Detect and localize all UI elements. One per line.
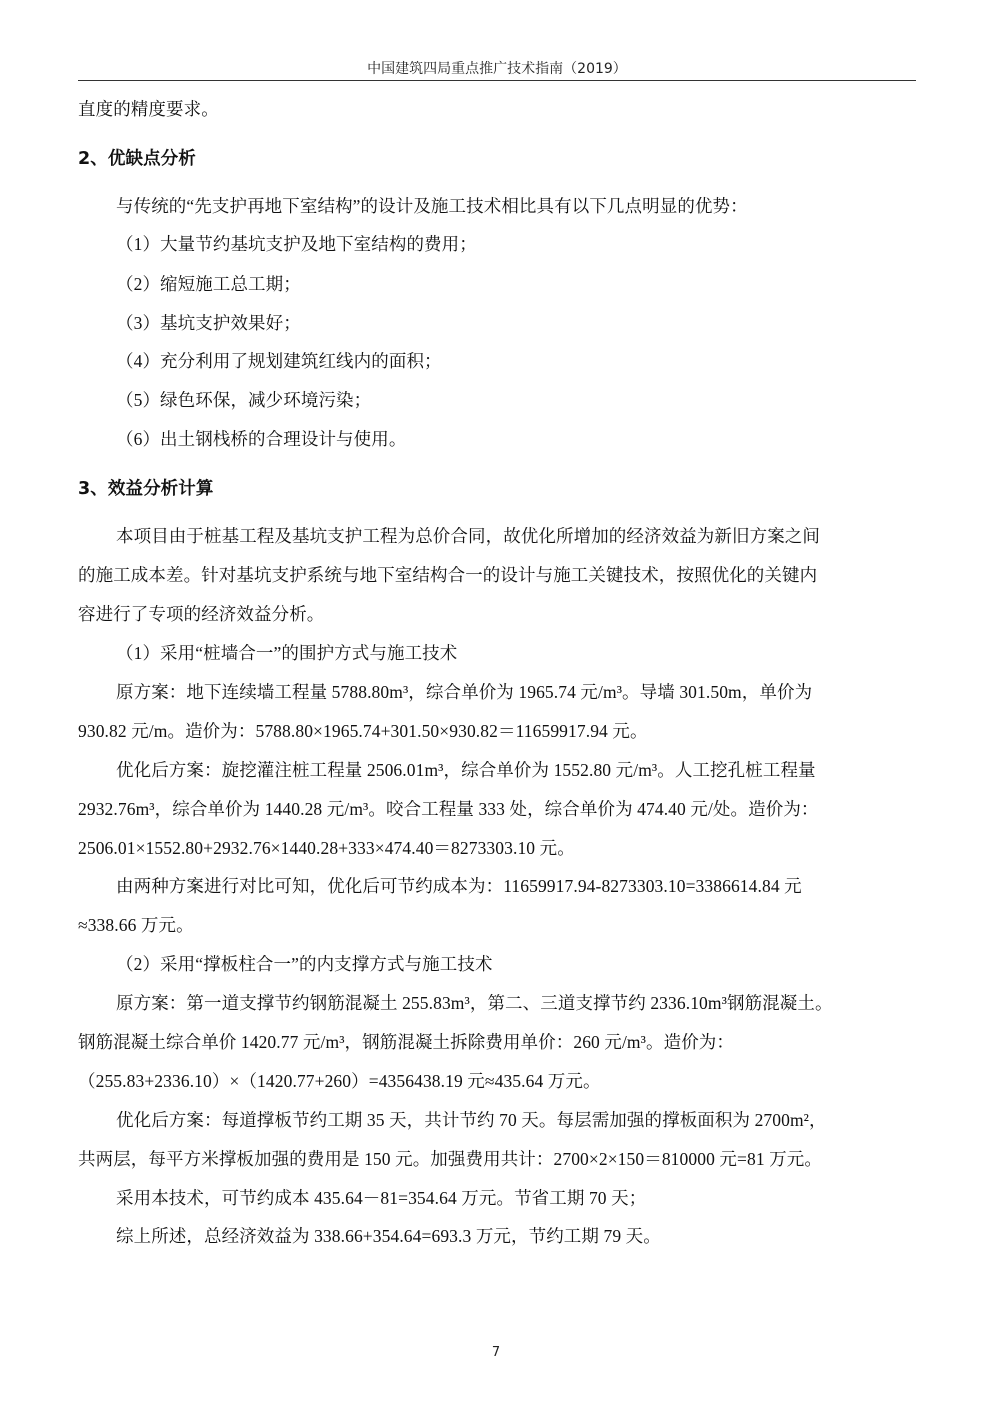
section-heading-benefit-analysis: 3、效益分析计算 bbox=[78, 475, 918, 500]
list-item: （1）大量节约基坑支护及地下室结构的费用； bbox=[116, 231, 956, 256]
paragraph-line: 原方案：第一道支撑节约钢筋混凝土 255.83m³，第二、三道支撑节约 2336… bbox=[116, 990, 956, 1015]
paragraph-line: （255.83+2336.10）×（1420.77+260）=4356438.1… bbox=[78, 1068, 918, 1093]
list-item: （4）充分利用了规划建筑红线内的面积； bbox=[116, 348, 956, 373]
paragraph-line: 2506.01×1552.80+2932.76×1440.28+333×474.… bbox=[78, 835, 918, 860]
list-item: （5）绿色环保，减少环境污染； bbox=[116, 387, 956, 412]
subsection-title: （1）采用“桩墙合一”的围护方式与施工技术 bbox=[116, 640, 956, 665]
subsection-title: （2）采用“撑板柱合一”的内支撑方式与施工技术 bbox=[116, 951, 956, 976]
section-heading-advantages: 2、优缺点分析 bbox=[78, 145, 918, 170]
page-header: 中国建筑四局重点推广技术指南（2019） bbox=[78, 58, 916, 78]
paragraph-line: 本项目由于桩基工程及基坑支护工程为总价合同，故优化所增加的经济效益为新旧方案之间 bbox=[116, 523, 956, 548]
paragraph-line: 的施工成本差。针对基坑支护系统与地下室结构合一的设计与施工关键技术，按照优化的关… bbox=[78, 562, 918, 587]
paragraph-line: 直度的精度要求。 bbox=[78, 96, 918, 121]
paragraph-line: 共两层，每平方米撑板加强的费用是 150 元。加强费用共计：2700×2×150… bbox=[78, 1146, 918, 1171]
paragraph-line: 采用本技术，可节约成本 435.64－81=354.64 万元。节省工期 70 … bbox=[116, 1185, 956, 1210]
paragraph-line: 2932.76m³，综合单价为 1440.28 元/m³。咬合工程量 333 处… bbox=[78, 796, 918, 821]
header-divider bbox=[78, 80, 916, 81]
paragraph-line: 优化后方案：旋挖灌注桩工程量 2506.01m³，综合单价为 1552.80 元… bbox=[116, 757, 956, 782]
list-item: （6）出土钢栈桥的合理设计与使用。 bbox=[116, 426, 956, 451]
paragraph-line: 930.82 元/m。造价为：5788.80×1965.74+301.50×93… bbox=[78, 718, 918, 743]
paragraph-line: 优化后方案：每道撑板节约工期 35 天，共计节约 70 天。每层需加强的撑板面积… bbox=[116, 1107, 956, 1132]
paragraph-line: 综上所述，总经济效益为 338.66+354.64=693.3 万元，节约工期 … bbox=[116, 1223, 956, 1248]
paragraph-line: ≈338.66 万元。 bbox=[78, 912, 918, 937]
page-number: 7 bbox=[0, 1345, 992, 1360]
paragraph-line: 容进行了专项的经济效益分析。 bbox=[78, 601, 918, 626]
paragraph-line: 原方案：地下连续墙工程量 5788.80m³，综合单价为 1965.74 元/m… bbox=[116, 679, 956, 704]
paragraph-line: 与传统的“先支护再地下室结构”的设计及施工技术相比具有以下几点明显的优势： bbox=[116, 193, 956, 218]
paragraph-line: 钢筋混凝土综合单价 1420.77 元/m³，钢筋混凝土拆除费用单价：260 元… bbox=[78, 1029, 918, 1054]
list-item: （3）基坑支护效果好； bbox=[116, 310, 956, 335]
paragraph-line: 由两种方案进行对比可知，优化后可节约成本为：11659917.94-827330… bbox=[116, 873, 956, 898]
list-item: （2）缩短施工总工期； bbox=[116, 271, 956, 296]
